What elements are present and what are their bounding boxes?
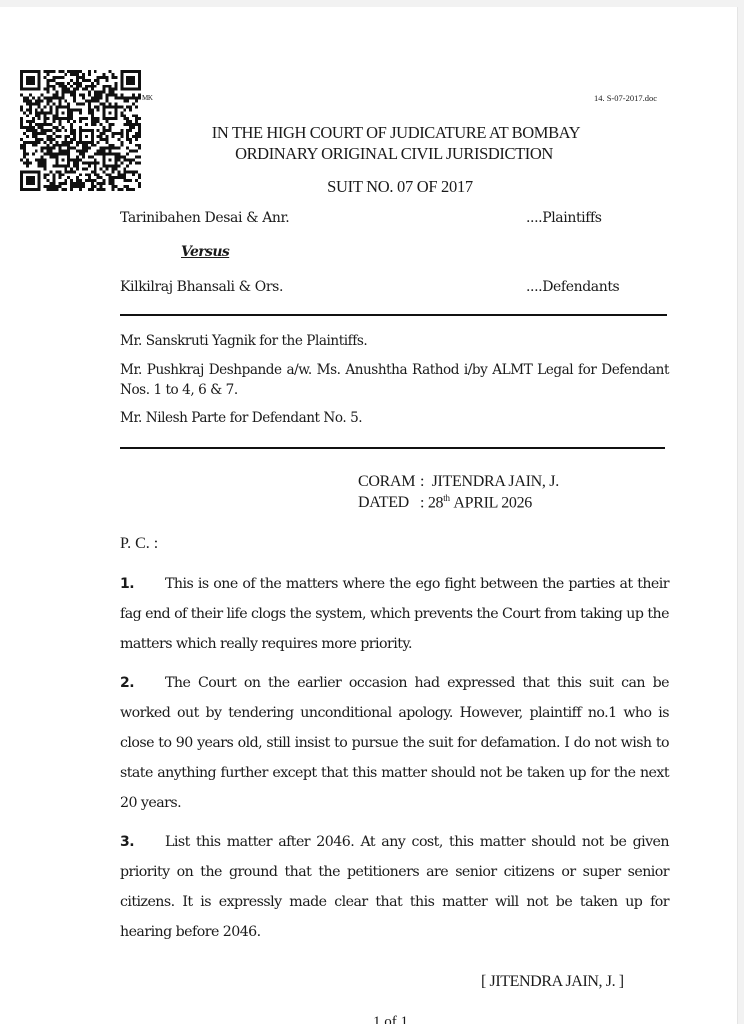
defendant-name: Kilkilraj Bhansali & Ors. [120,279,283,295]
coram-judge: JITENDRA JAIN, J. [432,473,559,490]
court-heading-line-2: ORDINARY ORIGINAL CIVIL JURISDICTION [22,143,744,164]
counsel-defendant-5: Mr. Nilesh Parte for Defendant No. 5. [120,408,669,428]
document-page: MK 14. S-07-2017.doc IN THE HIGH COURT O… [0,7,738,1024]
dated-suffix: th [443,493,449,503]
paragraph-text: This is one of the matters where the ego… [120,576,669,652]
dated-separator: : [420,494,424,511]
paragraph-1: 1.This is one of the matters where the e… [120,569,669,659]
versus-label: Versus [181,244,229,260]
file-reference: 14. S-07-2017.doc [594,93,657,103]
paragraph-number: 2. [120,668,165,698]
dated-month-year: APRIL 2026 [453,494,532,511]
coram-label: CORAM [358,473,420,491]
judge-signature: [ JITENDRA JAIN, J. ] [481,973,624,991]
coram-separator: : [420,473,424,490]
counsel-defendants: Mr. Pushkraj Deshpande a/w. Ms. Anushtha… [120,360,669,400]
paragraph-number: 1. [120,569,165,599]
paragraph-3: 3.List this matter after 2046. At any co… [120,827,669,947]
divider-line [120,447,665,449]
dated-day: 28 [428,494,443,511]
paragraph-number: 3. [120,827,165,857]
counsel-plaintiffs: Mr. Sanskruti Yagnik for the Plaintiffs. [120,331,669,351]
dated-line: DATED: 28th APRIL 2026 [358,493,532,512]
plaintiff-role: ....Plaintiffs [526,210,602,226]
suit-number: SUIT NO. 07 OF 2017 [28,177,744,197]
divider-line [120,314,667,316]
coram-line: CORAM: JITENDRA JAIN, J. [358,473,559,491]
paragraph-text: List this matter after 2046. At any cost… [120,834,669,940]
plaintiff-name: Tarinibahen Desai & Anr. [120,210,289,226]
paragraph-text: The Court on the earlier occasion had ex… [120,675,669,811]
page-number: 1 of 1 [373,1014,408,1024]
defendant-role: ....Defendants [526,279,619,295]
dated-label: DATED [358,494,420,512]
pc-label: P. C. : [120,535,158,553]
paragraph-2: 2.The Court on the earlier occasion had … [120,668,669,818]
stamp-initials: MK [142,94,153,102]
court-heading-line-1: IN THE HIGH COURT OF JUDICATURE AT BOMBA… [24,122,744,143]
